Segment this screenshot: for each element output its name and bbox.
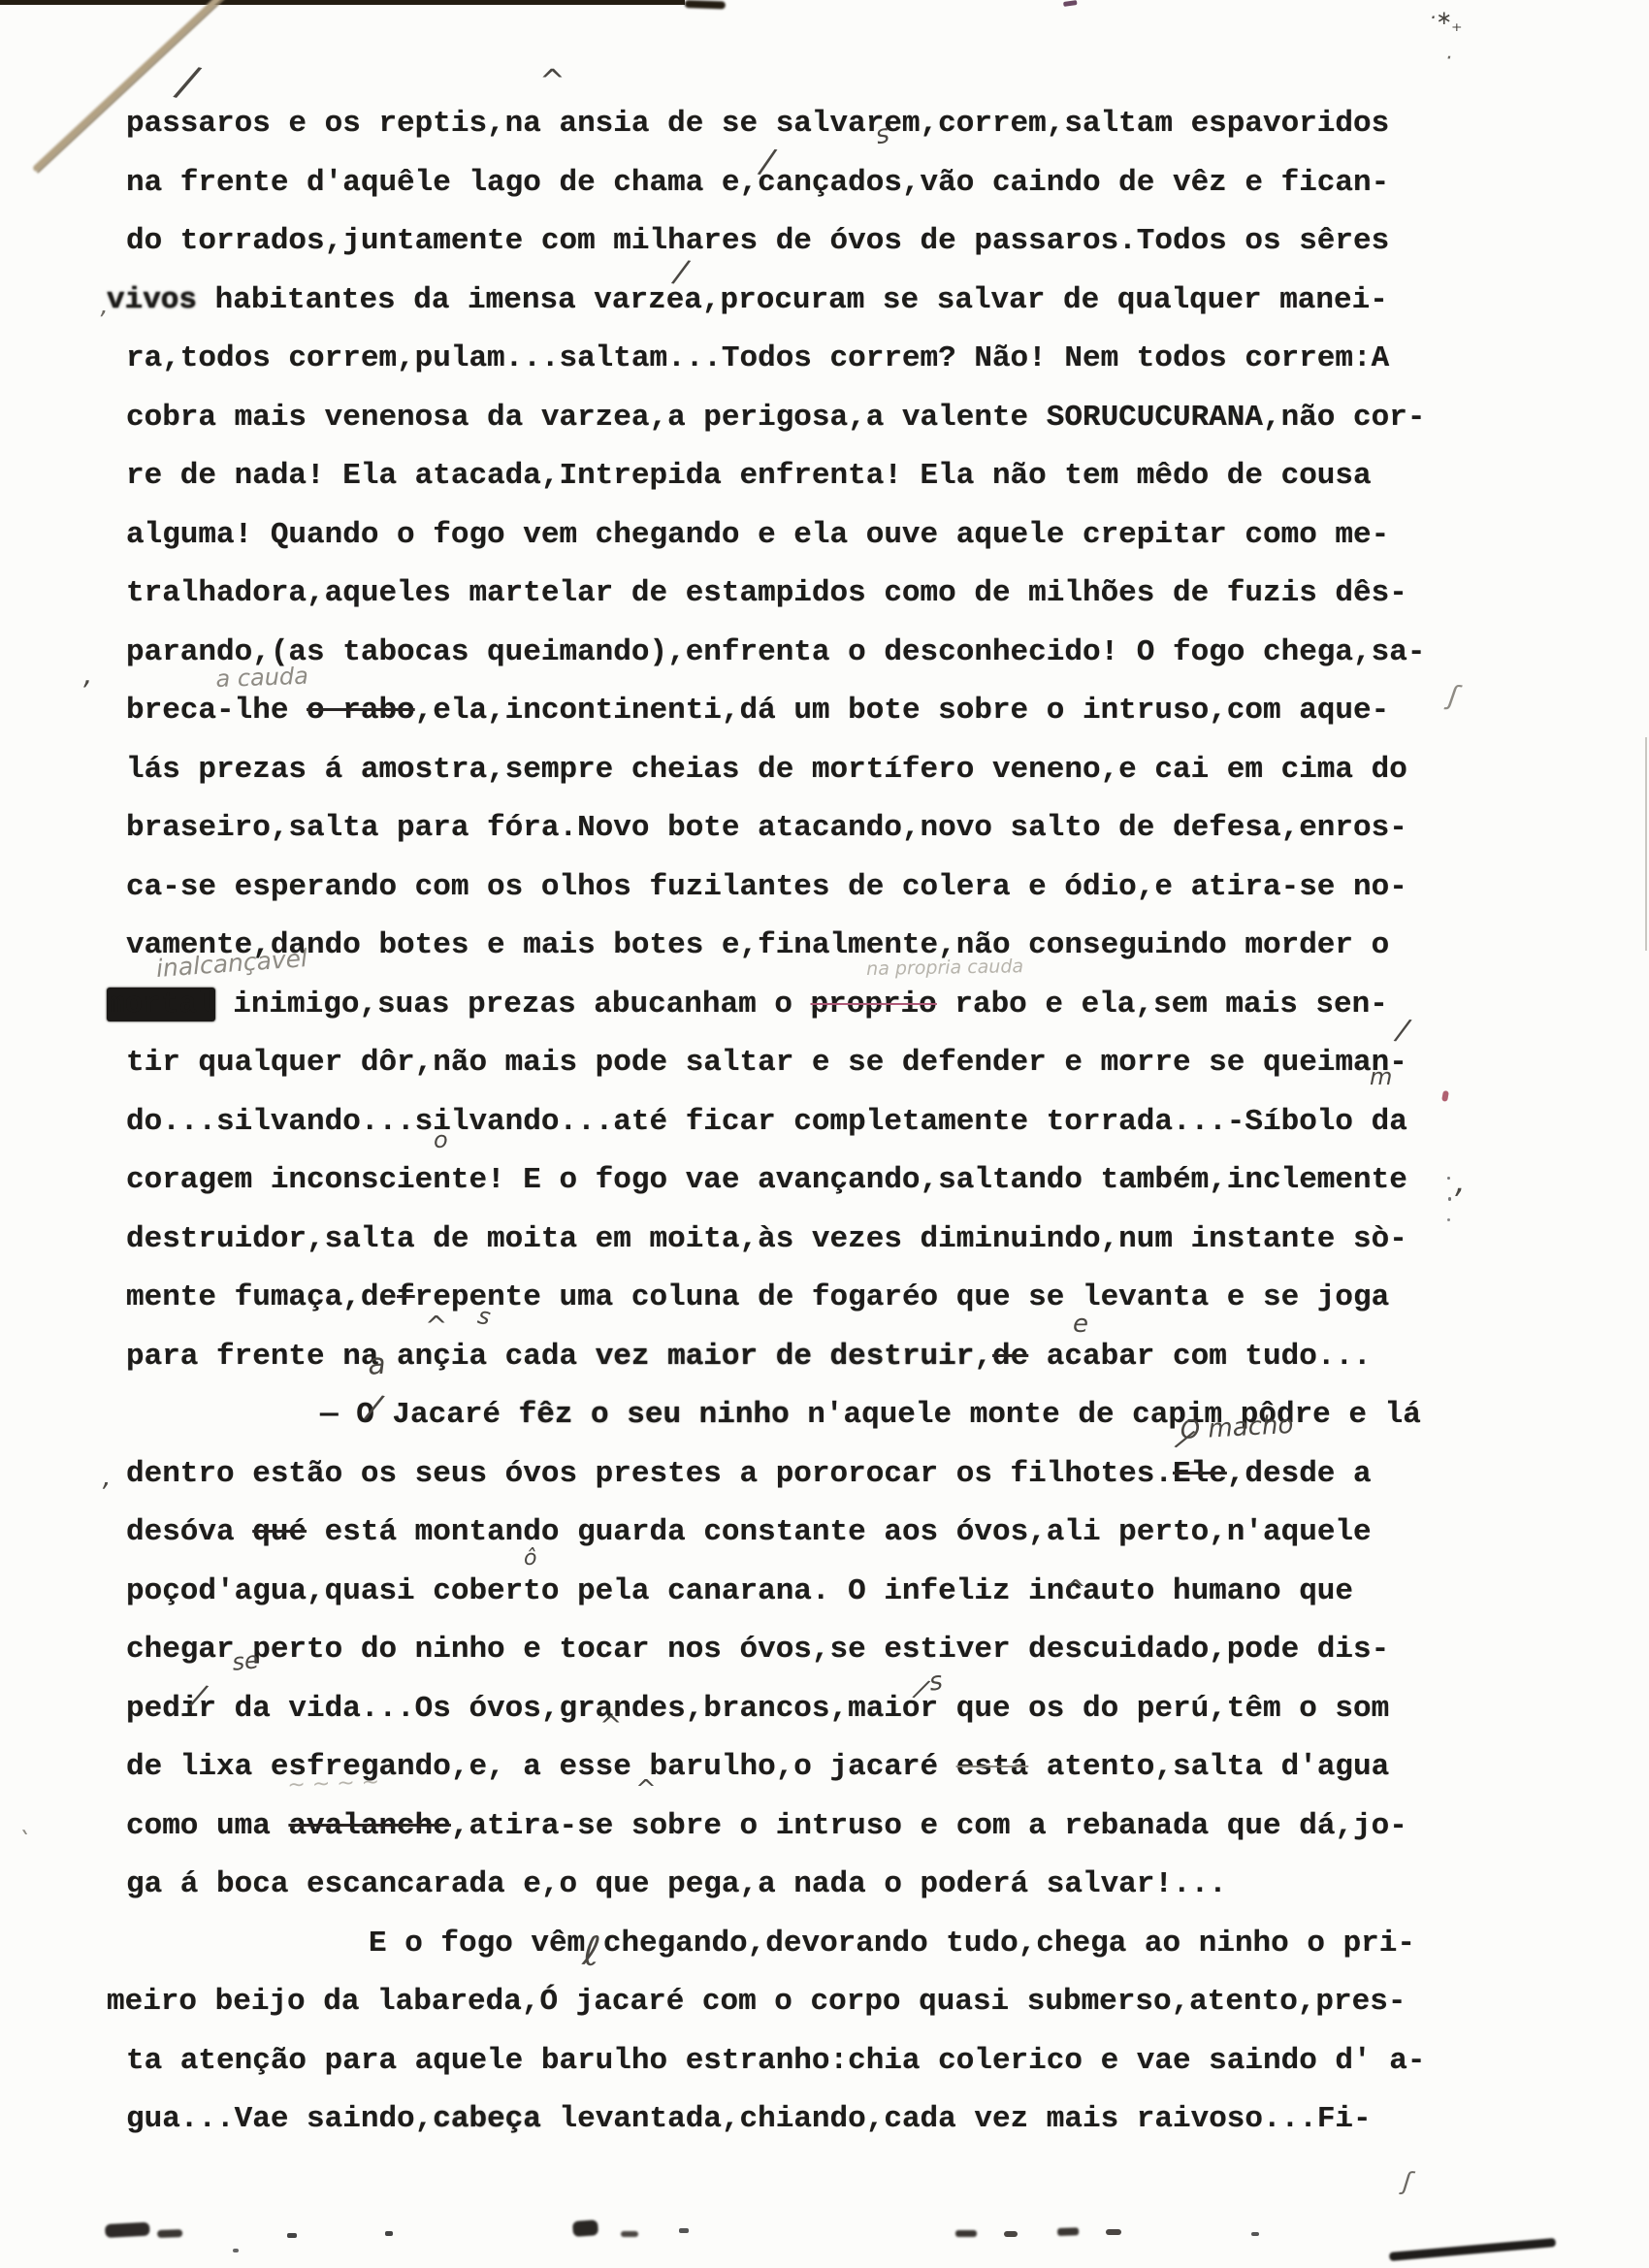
typed-text: passaros e os reptis,na ansia de se salv… [126, 107, 1389, 141]
typed-line: parando,(as tabocas queimando),enfrenta … [126, 624, 1542, 683]
typed-line: cobra mais venenosa da varzea,a perigosa… [126, 389, 1542, 448]
typed-line: chegar perto do ninho e tocar nos óvos,s… [126, 1621, 1542, 1680]
typed-line: dentro estão os seus óvos prestes a poro… [126, 1445, 1542, 1505]
typed-text: repente uma coluna de fogaréo que se lev… [415, 1280, 1390, 1314]
struck-word: de [992, 1340, 1028, 1374]
struck-word: o rabo [307, 694, 415, 728]
typed-line: do...silvando...silvando...até ficar com… [126, 1093, 1542, 1152]
typed-line: como uma avalanche,atira-se sobre o intr… [126, 1798, 1542, 1857]
scanned-page: passaros e os reptis,na ansia de se salv… [0, 0, 1649, 2268]
typed-text: ta atenção para aquele barulho estranho:… [126, 2044, 1425, 2078]
typed-text: cobra mais venenosa da varzea,a perigosa… [126, 401, 1425, 435]
typed-text: ,desde a [1227, 1457, 1372, 1491]
scan-artifact [1063, 0, 1078, 7]
scan-artifact [157, 2229, 182, 2238]
typed-line: gua...Vae saindo,cabeça levantada,chiand… [126, 2090, 1542, 2150]
typed-line: meiro beijo da labareda,Ó jacaré com o c… [107, 1973, 1542, 2032]
scan-artifact [572, 2219, 598, 2237]
handwritten-annotation: ·∗ [1430, 6, 1452, 29]
typed-text: vez maior de destruir [596, 1340, 975, 1374]
handwritten-annotation: ⁺ [1451, 19, 1463, 44]
typed-text: rabo e ela,sem mais sen- [937, 988, 1388, 1021]
typed-text: re de nada! Ela atacada,Intrepida enfren… [126, 459, 1372, 493]
typed-line: ra,todos correm,pulam...saltam...Todos c… [126, 330, 1542, 389]
handwritten-annotation: ‚ [83, 658, 93, 692]
scan-artifact [1106, 2229, 1121, 2235]
typed-line: de lixa esfregando,e, a esse barulho,o j… [126, 1738, 1542, 1798]
scan-artifact [685, 0, 726, 9]
typed-line: ga á boca escancarada e,o que pega,a nad… [126, 1856, 1542, 1915]
typed-line: para frente na ançia cada vez maior de d… [126, 1328, 1542, 1387]
scan-artifact [1057, 2227, 1079, 2236]
typed-text: de lixa esfregando,e, a esse barulho,o j… [126, 1750, 956, 1784]
typed-text: E o fogo vêm chegando,devorando tudo,che… [369, 1927, 1415, 1960]
handwritten-annotation: ʃ [1402, 2167, 1413, 2197]
typed-line: desóva qué está montando guarda constant… [126, 1504, 1542, 1563]
typed-line: vivos habitantes da imensa varzea,procur… [107, 272, 1542, 331]
handwritten-annotation: · [1445, 47, 1452, 71]
scan-artifact [287, 2233, 297, 2238]
typed-text: coragem inconsciente! E o fogo vae avanç… [126, 1163, 1407, 1197]
typed-line: na frente d'aquêle lago de chama e,cança… [126, 154, 1542, 213]
typed-line: braseiro,salta para fóra.Novo bote ataca… [126, 799, 1542, 859]
typed-line: — O Jacaré fêz o seu ninho n'aquele mont… [320, 1386, 1542, 1445]
typed-text: desóva [126, 1515, 252, 1549]
typed-text: ,atira-se sobre o intruso e com a rebana… [451, 1809, 1407, 1843]
typed-line: re de nada! Ela atacada,Intrepida enfren… [126, 447, 1542, 506]
typed-line: passaros e os reptis,na ansia de se salv… [126, 95, 1542, 154]
handwritten-annotation: ˋ [17, 1828, 30, 1857]
typed-text: gua...Vae saindo, [126, 2102, 433, 2136]
typed-text: poçod'agua,quasi coberto pela canarana. … [126, 1574, 1353, 1608]
typed-text: tralhadora,aqueles martelar de estampido… [126, 576, 1407, 610]
scan-artifact [1004, 2231, 1018, 2237]
struck-word: avalanche [288, 1809, 450, 1843]
typed-line: vamente,dando botes e mais botes e,final… [126, 917, 1542, 976]
typed-text: na frente d'aquêle lago de chama e,cança… [126, 166, 1389, 200]
handwritten-annotation: ^ [539, 62, 566, 99]
typed-text: lás prezas á amostra,sempre cheias de mo… [126, 753, 1407, 787]
scan-artifact [1447, 1177, 1450, 1180]
scan-artifact [1447, 1218, 1450, 1221]
typed-line: tir qualquer dôr,não mais pode saltar e … [126, 1034, 1542, 1093]
struck-word: Ele [1173, 1457, 1227, 1491]
typed-text: parando,(as tabocas queimando),enfrenta … [126, 635, 1425, 669]
scan-artifact [621, 2231, 638, 2237]
typed-text: ,ela,incontinenti,dá um bote sobre o int… [415, 694, 1390, 728]
typed-line: lás prezas á amostra,sempre cheias de mo… [126, 741, 1542, 800]
struck-word: qué [252, 1515, 307, 1549]
typed-text: está montando guarda constante aos óvos,… [307, 1515, 1372, 1549]
scan-artifact [679, 2228, 689, 2233]
typed-text-block: passaros e os reptis,na ansia de se salv… [126, 95, 1542, 2150]
scan-artifact [1251, 2232, 1259, 2236]
typed-line: alguma! Quando o fogo vem chegando e ela… [126, 506, 1542, 566]
typed-line: destruidor,salta de moita em moita,às ve… [126, 1211, 1542, 1270]
typed-text: — O Jacaré [320, 1398, 519, 1432]
typed-text: n'aquele monte de capim pôdre e lá [790, 1398, 1421, 1432]
typed-text: cabeça [433, 2102, 541, 2136]
typed-line: mente fumaça,defrepente uma coluna de fo… [126, 1269, 1542, 1328]
typed-line: coragem inconsciente! E o fogo vae avanç… [126, 1151, 1542, 1211]
typed-text: dentro estão os seus óvos prestes a poro… [126, 1457, 1173, 1491]
typed-text: pedir da vida...Os óvos,grandes,brancos,… [126, 1692, 1389, 1726]
blacked-out-word: mortal [107, 988, 215, 1021]
typed-text: habitantes da imensa varzea,procuram se … [197, 283, 1388, 317]
typed-text: braseiro,salta para fóra.Novo bote ataca… [126, 811, 1407, 845]
typed-line: E o fogo vêm chegando,devorando tudo,che… [369, 1915, 1542, 1974]
typed-line: ca-se esperando com os olhos fuzilantes … [126, 859, 1542, 918]
typed-text: vamente,dando botes e mais botes e,final… [126, 928, 1389, 962]
typed-text: breca-lhe [126, 694, 307, 728]
typed-line: do torrados,juntamente com milhares de ó… [126, 212, 1542, 272]
typed-text: ra,todos correm,pulam...saltam...Todos c… [126, 341, 1389, 375]
typed-text: acabar com tudo... [1028, 1340, 1371, 1374]
typed-line: poçod'agua,quasi coberto pela canarana. … [126, 1563, 1542, 1622]
typed-text: ca-se esperando com os olhos fuzilantes … [126, 870, 1407, 904]
struck-word: f [397, 1280, 415, 1314]
typed-text: meiro beijo da labareda,Ó jacaré com o c… [107, 1985, 1406, 2019]
typed-text: ga á boca escancarada e,o que pega,a nad… [126, 1867, 1227, 1901]
scan-artifact [0, 0, 685, 5]
typed-text: do torrados,juntamente com milhares de ó… [126, 224, 1389, 258]
typed-text: inimigo,suas prezas abucanham o [215, 988, 811, 1021]
typed-text: chegar perto do ninho e tocar nos óvos,s… [126, 1633, 1389, 1667]
scan-artifact [1645, 737, 1647, 951]
handwritten-annotation: ’ [97, 307, 105, 336]
scan-artifact [955, 2230, 977, 2237]
typed-text: mente fumaça,de [126, 1280, 397, 1314]
scan-artifact [105, 2222, 150, 2238]
typed-text: atento,salta d'agua [1028, 1750, 1389, 1784]
typed-text: do...silvando...silvando...até ficar com… [126, 1105, 1407, 1139]
handwritten-annotation: ’ [99, 1476, 108, 1508]
scan-artifact [385, 2231, 393, 2236]
typed-line: breca-lhe o rabo,ela,incontinenti,dá um … [126, 682, 1542, 741]
typed-text: para frente na ançia cada [126, 1340, 596, 1374]
typed-text: fêz o seu ninho [519, 1398, 790, 1432]
typed-line: ta atenção para aquele barulho estranho:… [126, 2032, 1542, 2091]
scan-artifact [1389, 2238, 1556, 2261]
scan-artifact [1448, 1197, 1451, 1201]
scan-artifact [233, 2249, 239, 2252]
typed-text: alguma! Quando o fogo vem chegando e ela… [126, 518, 1389, 552]
typed-text: , [974, 1340, 992, 1374]
typed-text: levantada,chiando,cada vez mais raivoso.… [541, 2102, 1372, 2136]
typed-text: como uma [126, 1809, 288, 1843]
typed-line: mortal inimigo,suas prezas abucanham o p… [107, 976, 1542, 1035]
typed-line: pedir da vida...Os óvos,grandes,brancos,… [126, 1680, 1542, 1739]
typed-text: destruidor,salta de moita em moita,às ve… [126, 1222, 1407, 1256]
struck-word: está [956, 1750, 1028, 1784]
typed-text: vivos [107, 283, 197, 317]
typed-line: tralhadora,aqueles martelar de estampido… [126, 565, 1542, 624]
struck-word: proprio [811, 988, 937, 1021]
typed-text: tir qualquer dôr,não mais pode saltar e … [126, 1046, 1407, 1080]
